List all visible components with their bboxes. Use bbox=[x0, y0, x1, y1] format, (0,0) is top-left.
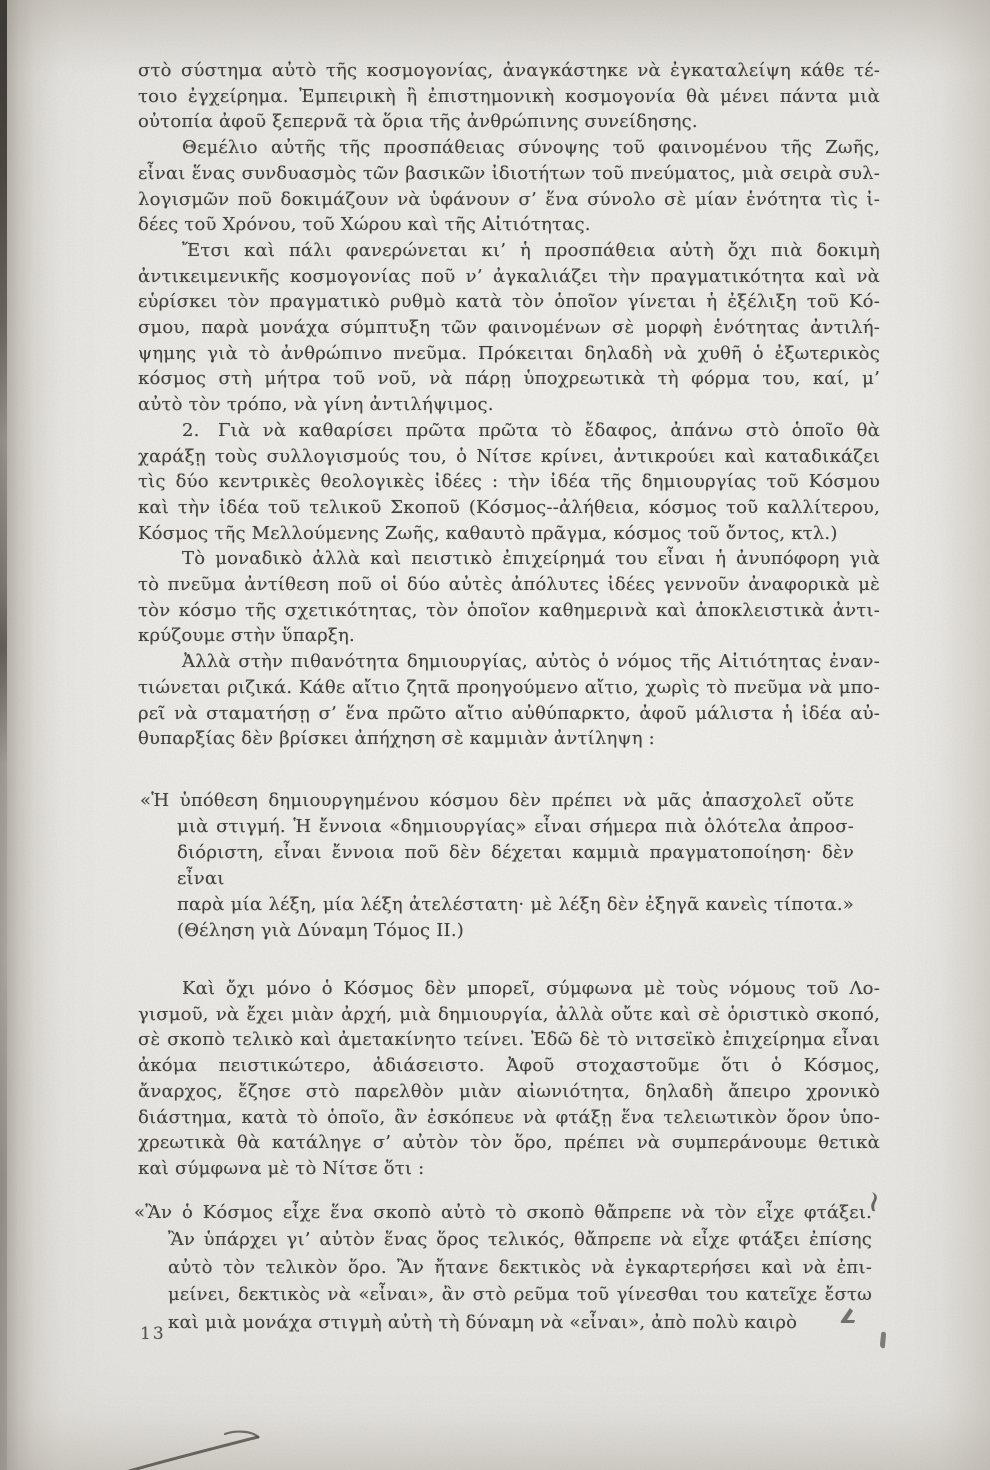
text-line: παρὰ μία λέξη, μία λέξη ἀτελέστατη· μὲ λ… bbox=[177, 892, 854, 918]
text-line: γισμοῦ, νὰ ἔχει μιὰν ἀρχή, μιὰ δημιουργί… bbox=[138, 1002, 880, 1028]
text-line: αὐτὸ τὸν τελικὸν ὅρο. Ἂν ἤτανε δεκτικὸς … bbox=[168, 1254, 872, 1282]
text-line: χαράξῃ τοὺς συλλογισμούς του, ὁ Νίτσε κρ… bbox=[138, 444, 880, 470]
text-line: Θεμέλιο αὐτῆς τῆς προσπάθειας σύνοψης το… bbox=[138, 135, 880, 161]
text-column: στὸ σύστημα αὐτὸ τῆς κοσμογονίας, ἀναγκά… bbox=[138, 58, 880, 1336]
text-line: καὶ τὴν ἰδέα τοῦ τελικοῦ Σκοποῦ (Κόσμος-… bbox=[138, 495, 880, 521]
text-line: 2. Γιὰ νὰ καθαρίσει πρῶτα πρῶτα τὸ ἔδαφο… bbox=[138, 418, 880, 444]
text-line: χρεωτικὰ θὰ κατάληγε σ’ αὐτὸν τὸν ὅρο, π… bbox=[138, 1130, 880, 1156]
text-line: θυπαρξίας δὲν βρίσκει ἀπήχηση σὲ καμμιὰν… bbox=[138, 726, 880, 752]
text-line: Καὶ ὄχι μόνο ὁ Κόσμος δὲν μπορεῖ, σύμφων… bbox=[138, 976, 880, 1002]
paragraph: Θεμέλιο αὐτῆς τῆς προσπάθειας σύνοψης το… bbox=[138, 135, 880, 238]
text-line: σὲ σκοπὸ τελικὸ καὶ ἀμετακίνητο τείνει. … bbox=[138, 1027, 880, 1053]
text-line: εὑρίσκει τὸν πραγματικὸ ρυθμὸ κατὰ τὸν ὁ… bbox=[138, 289, 880, 315]
text-line: λογισμῶν ποῦ δοκιμάζουν νὰ ὑφάνουν σ’ ἕν… bbox=[138, 187, 880, 213]
text-line: καὶ σύμφωνα μὲ τὸ Νίτσε ὅτι : bbox=[138, 1156, 880, 1182]
text-line: στὸ σύστημα αὐτὸ τῆς κοσμογονίας, ἀναγκά… bbox=[138, 58, 880, 84]
text-line: αὐτὸ τὸν τρόπο, νὰ γίνη ἀντιλήψιμος. bbox=[138, 392, 880, 418]
text-line: Ἂν ὑπάρχει γι’ αὐτὸν ἕνας ὅρος τελικός, … bbox=[168, 1226, 872, 1254]
paragraph: 2. Γιὰ νὰ καθαρίσει πρῶτα πρῶτα τὸ ἔδαφο… bbox=[138, 418, 880, 547]
text-line: τιώνεται ριζικά. Κάθε αἴτιο ζητᾶ προηγού… bbox=[138, 675, 880, 701]
text-line: Ἔτσι καὶ πάλι φανερώνεται κι’ ἡ προσπάθε… bbox=[138, 238, 880, 264]
ink-dash-bottom-right bbox=[880, 1332, 886, 1348]
text-line: «Ἂν ὁ Κόσμος εἶχε ἕνα σκοπὸ αὐτὸ τὸ σκοπ… bbox=[168, 1199, 872, 1227]
page-number: 13 bbox=[140, 1324, 166, 1344]
text-line: Τὸ μοναδικὸ ἀλλὰ καὶ πειστικὸ ἐπιχείρημά… bbox=[138, 546, 880, 572]
paragraph: Καὶ ὄχι μόνο ὁ Κόσμος δὲν μπορεῖ, σύμφων… bbox=[138, 976, 880, 1182]
text-line: Κόσμος τῆς Μελλούμενης Ζωῆς, καθαυτὸ πρᾶ… bbox=[138, 521, 880, 547]
text-line: ρεῖ νὰ σταματήσῃ σ’ ἕνα πρῶτο αἴτιο αὐθύ… bbox=[138, 701, 880, 727]
paragraph: Τὸ μοναδικὸ ἀλλὰ καὶ πειστικὸ ἐπιχείρημά… bbox=[138, 546, 880, 649]
text-line: οὐτοπία ἀφοῦ ξεπερνᾶ τὰ ὅρια τῆς ἀνθρώπι… bbox=[138, 109, 880, 135]
block-quote: «Ἡ ὑπόθεση δημιουργημένου κόσμου δὲν πρέ… bbox=[138, 788, 880, 944]
paragraph: Ἔτσι καὶ πάλι φανερώνεται κι’ ἡ προσπάθε… bbox=[138, 238, 880, 418]
text-line: ἀκόμα πειστικώτερο, ἀδιάσειστο. Ἀφοῦ στο… bbox=[138, 1053, 880, 1079]
text-line: «Ἡ ὑπόθεση δημιουργημένου κόσμου δὲν πρέ… bbox=[177, 788, 854, 814]
text-line: μιὰ στιγμή. Ἡ ἔννοια «δημιουργίας» εἶναι… bbox=[177, 814, 854, 840]
text-line: τοιο ἐγχείρημα. Ἐμπειρικὴ ἢ ἐπιστημονικὴ… bbox=[138, 84, 880, 110]
block-quote: «Ἂν ὁ Κόσμος εἶχε ἕνα σκοπὸ αὐτὸ τὸ σκοπ… bbox=[138, 1199, 880, 1337]
text-line: τὶς δύο κεντρικὲς θεολογικὲς ἰδέες : τὴν… bbox=[138, 469, 880, 495]
scanned-book-page: { "page": { "number": "13", "paper_color… bbox=[0, 0, 990, 1470]
text-line: ἀντικειμενικῆς κοσμογονίας ποῦ ν’ ἀγκαλι… bbox=[138, 264, 880, 290]
text-line: ἄναρχος, ἔζησε στὸ παρελθὸν μιὰν αἰωνιότ… bbox=[138, 1079, 880, 1105]
text-line: δέες τοῦ Χρόνου, τοῦ Χώρου καὶ τῆς Αἰτιό… bbox=[138, 212, 880, 238]
text-line: Ἀλλὰ στὴν πιθανότητα δημιουργίας, αὐτὸς … bbox=[138, 649, 880, 675]
text-line: κρύζουμε στὴν ὕπαρξη. bbox=[138, 623, 880, 649]
text-line: τὸ πνεῦμα ἀντίθεση ποῦ οἱ δύο αὐτὲς ἀπόλ… bbox=[138, 572, 880, 598]
text-line: εἶναι ἕνας συνδυασμὸς τῶν βασικῶν ἰδιοτή… bbox=[138, 161, 880, 187]
text-line: καὶ μιὰ μονάχα στιγμὴ αὐτὴ τὴ δύναμη νὰ … bbox=[168, 1309, 872, 1337]
text-line: διόριστη, εἶναι ἔννοια ποῦ δὲν δέχεται κ… bbox=[177, 840, 854, 892]
text-line: ψημης γιὰ τὸ ἀνθρώπινο πνεῦμα. Πρόκειται… bbox=[138, 341, 880, 367]
text-line: (Θέληση γιὰ Δύναμη Τόμος II.) bbox=[177, 918, 854, 944]
text-line: μείνει, δεκτικὸς νὰ «εἶναι», ἂν στὸ ρεῦμ… bbox=[168, 1281, 872, 1309]
pen-stroke-mark bbox=[126, 1437, 258, 1470]
paragraph: στὸ σύστημα αὐτὸ τῆς κοσμογονίας, ἀναγκά… bbox=[138, 58, 880, 135]
text-line: τὸν κόσμο τῆς σχετικότητας, τὸν ὁποῖον κ… bbox=[138, 598, 880, 624]
text-line: διάστημα, κατὰ τὸ ὁποῖο, ἂν ἐσκόπευε νὰ … bbox=[138, 1105, 880, 1131]
text-line: σμου, παρὰ μονάχα σύμπτυξη τῶν φαινομένω… bbox=[138, 315, 880, 341]
paragraph: Ἀλλὰ στὴν πιθανότητα δημιουργίας, αὐτὸς … bbox=[138, 649, 880, 752]
text-line: κόσμος στὴ μήτρα τοῦ νοῦ, νὰ πάρῃ ὑποχρε… bbox=[138, 366, 880, 392]
pen-stroke-hook bbox=[225, 1432, 258, 1437]
binding-spine-edge bbox=[0, 0, 7, 1470]
